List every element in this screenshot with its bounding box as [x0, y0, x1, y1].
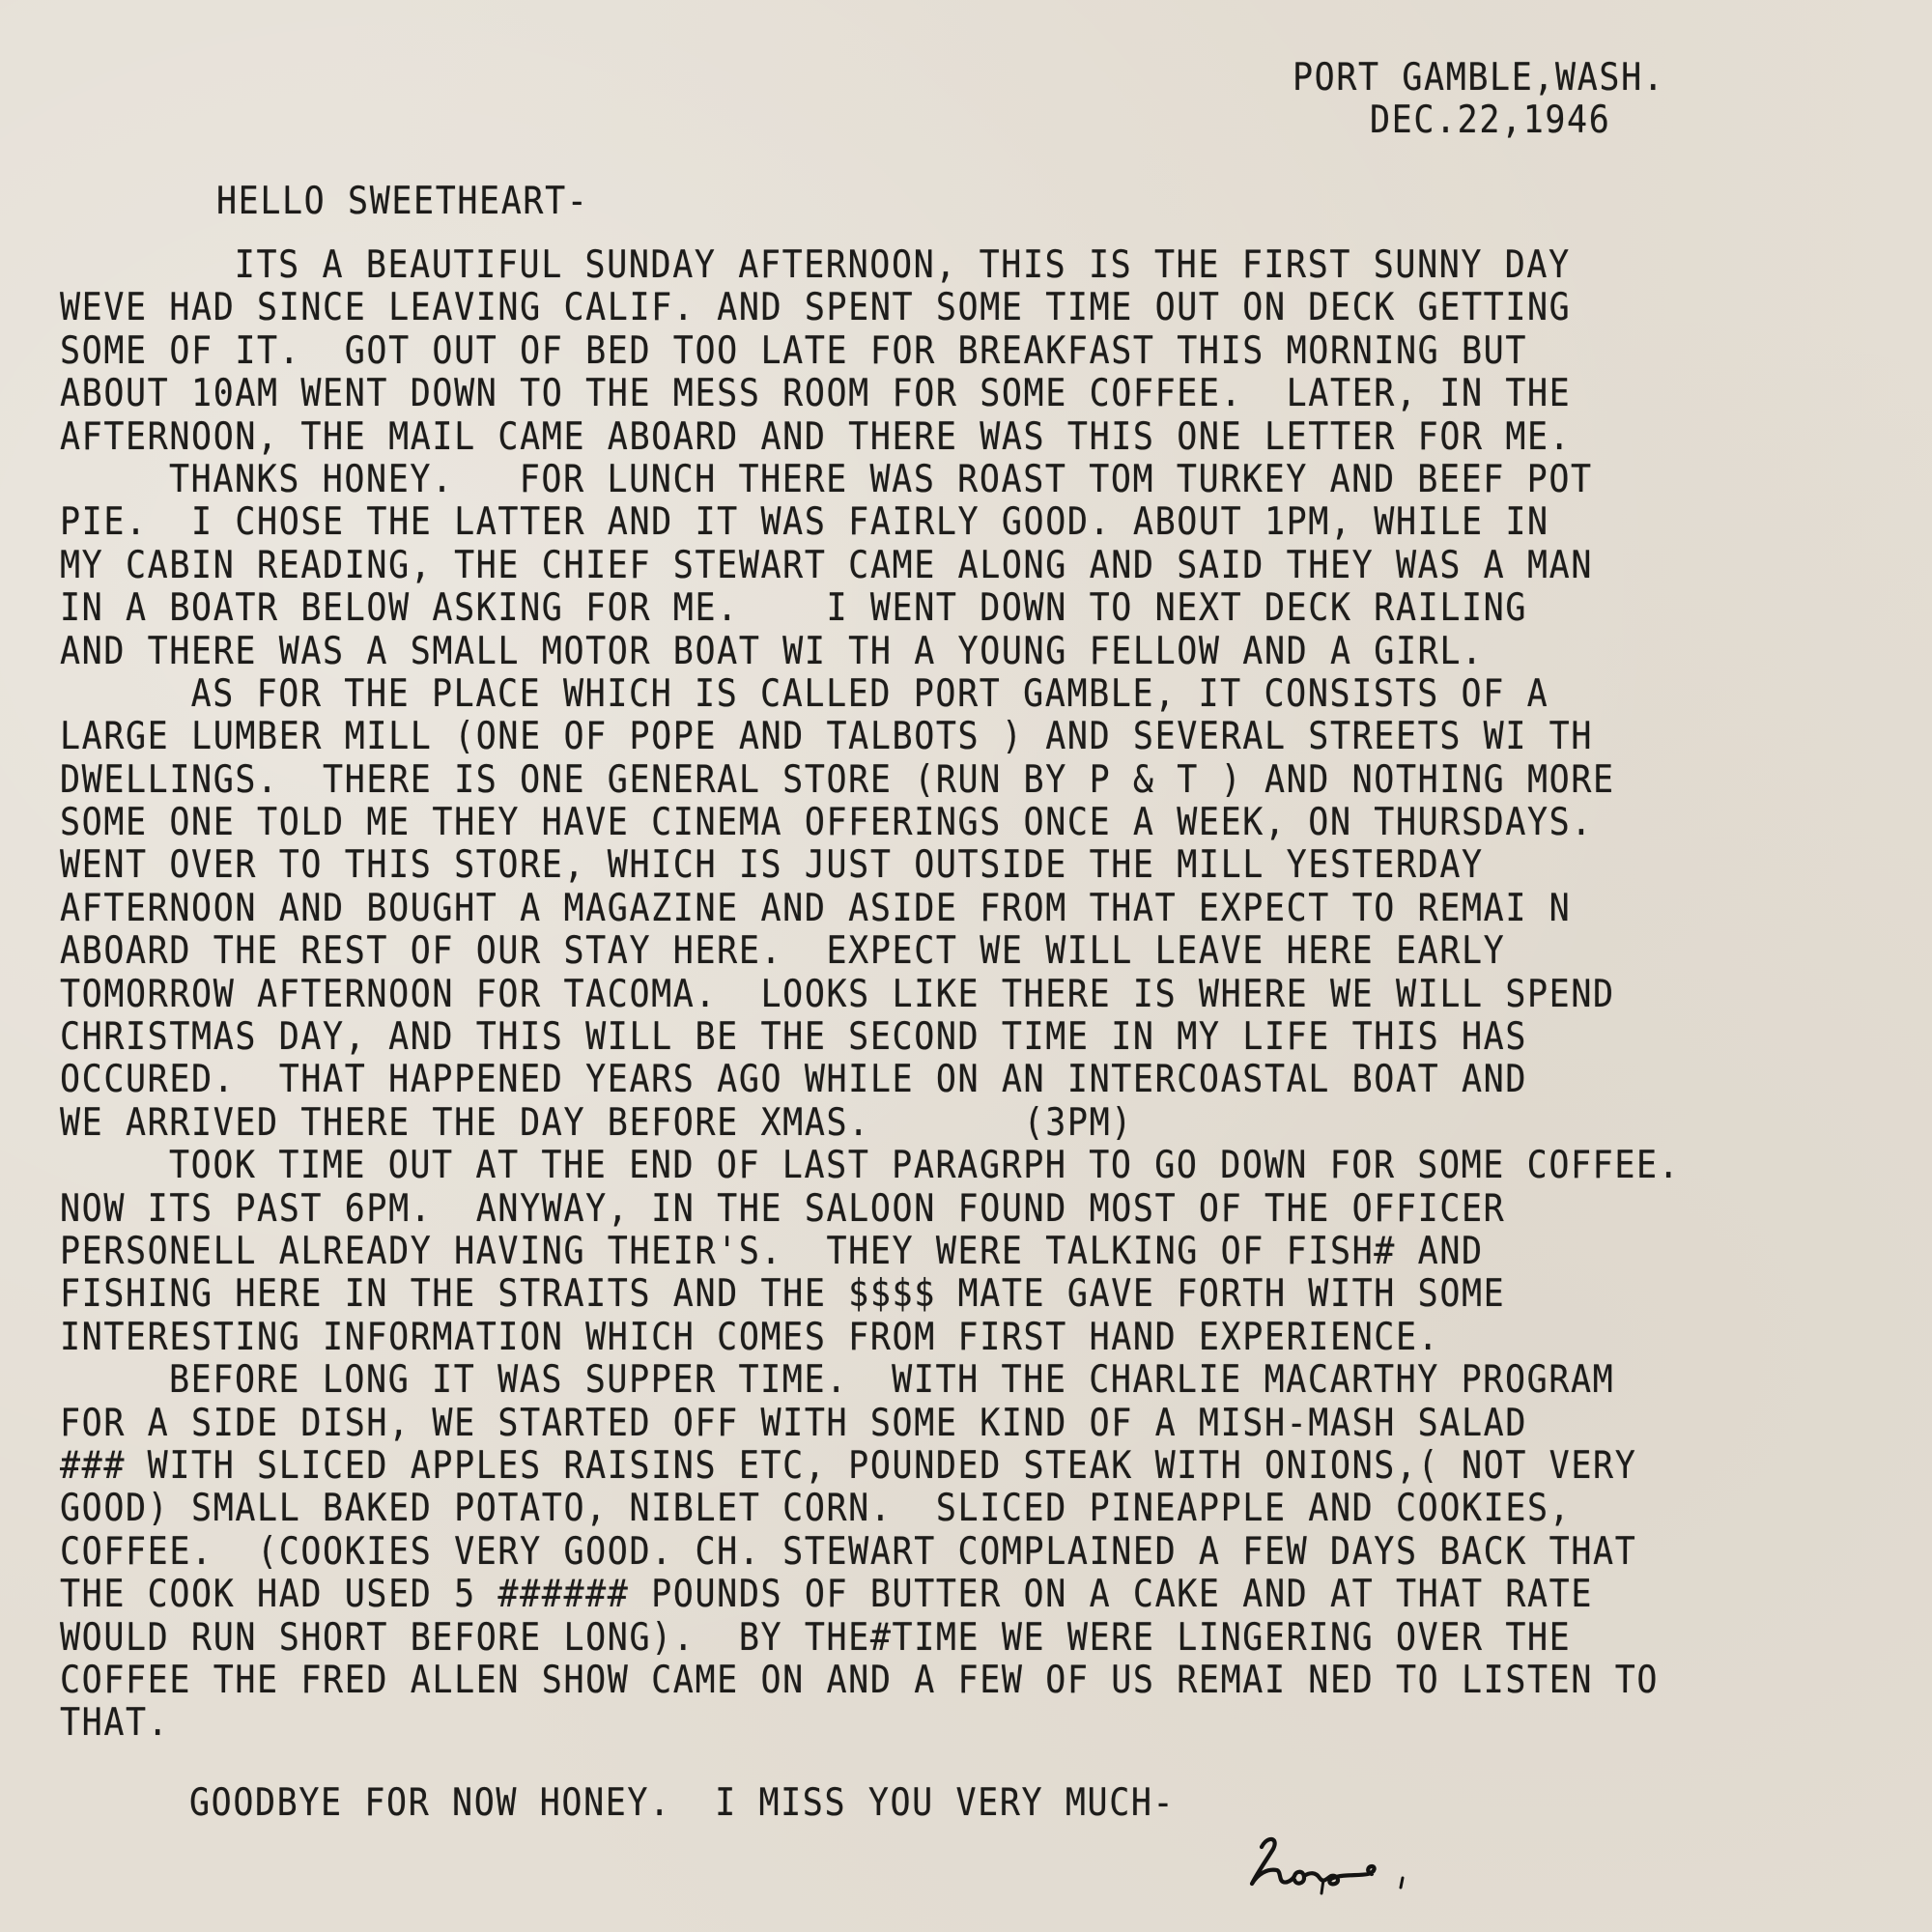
letter-line-text: WEVE HAD SINCE LEAVING CALIF. AND SPENT … — [60, 284, 1571, 331]
letter-line-text: SOME ONE TOLD ME THEY HAVE CINEMA OFFERI… — [60, 799, 1593, 846]
letter-line-text: BEFORE LONG IT WAS SUPPER TIME. WITH THE… — [169, 1356, 1614, 1404]
letter-line-text: LARGE LUMBER MILL (ONE OF POPE AND TALBO… — [60, 713, 1593, 760]
letter-line-text: INTERESTING INFORMATION WHICH COMES FROM… — [60, 1314, 1439, 1361]
letter-line-text: THANKS HONEY. FOR LUNCH THERE WAS ROAST … — [169, 456, 1593, 503]
letter-line-text: TOMORROW AFTERNOON FOR TACOMA. LOOKS LIK… — [60, 971, 1615, 1018]
letter-line-text: AND THERE WAS A SMALL MOTOR BOAT WI TH A… — [60, 628, 1484, 675]
letter-line-text: ITS A BEAUTIFUL SUNDAY AFTERNOON, THIS I… — [235, 241, 1571, 289]
letter-line-text: DWELLINGS. THERE IS ONE GENERAL STORE (R… — [60, 756, 1615, 804]
letter-line-text: IN A BOATR BELOW ASKING FOR ME. I WENT D… — [60, 584, 1527, 632]
letter-line-text: COFFEE. (COOKIES VERY GOOD. CH. STEWART … — [60, 1528, 1636, 1576]
letter-line-text: TOOK TIME OUT AT THE END OF LAST PARAGRP… — [169, 1142, 1680, 1189]
letter-line-text: MY CABIN READING, THE CHIEF STEWART CAME… — [60, 542, 1593, 589]
letter-line-text: NOW ITS PAST 6PM. ANYWAY, IN THE SALOON … — [60, 1185, 1505, 1233]
letter-closing: GOODBYE FOR NOW HONEY. I MISS YOU VERY M… — [189, 1779, 1175, 1827]
letter-line-text: FOR A SIDE DISH, WE STARTED OFF WITH SOM… — [60, 1400, 1527, 1447]
letter-heading-date: DEC.22,1946 — [1370, 97, 1610, 144]
letter-salutation: HELLO SWEETHEART- — [216, 178, 588, 225]
letter-line-text: PERSONELL ALREADY HAVING THEIR'S. THEY W… — [60, 1228, 1484, 1275]
letter-line-text: THE COOK HAD USED 5 ###### POUNDS OF BUT… — [60, 1571, 1593, 1618]
letter-line-text: ABOUT 10AM WENT DOWN TO THE MESS ROOM FO… — [60, 370, 1571, 417]
letter-line-text: ### WITH SLICED APPLES RAISINS ETC, POUN… — [60, 1442, 1636, 1490]
letter-line-text: CHRISTMAS DAY, AND THIS WILL BE THE SECO… — [60, 1013, 1527, 1061]
letter-line-text: GOOD) SMALL BAKED POTATO, NIBLET CORN. S… — [60, 1485, 1571, 1532]
letter-line-text: PIE. I CHOSE THE LATTER AND IT WAS FAIRL… — [60, 498, 1549, 546]
letter-heading-place: PORT GAMBLE,WASH. — [1293, 54, 1664, 101]
letter-page: PORT GAMBLE,WASH. DEC.22,1946 HELLO SWEE… — [0, 0, 1932, 1932]
letter-line-text: WE ARRIVED THERE THE DAY BEFORE XMAS. (3… — [60, 1099, 1133, 1147]
letter-line-text: AFTERNOON AND BOUGHT A MAGAZINE AND ASID… — [60, 885, 1571, 932]
letter-line-text: AS FOR THE PLACE WHICH IS CALLED PORT GA… — [191, 670, 1549, 718]
letter-line-text: SOME OF IT. GOT OUT OF BED TOO LATE FOR … — [60, 327, 1527, 375]
letter-line-text: AFTERNOON, THE MAIL CAME ABOARD AND THER… — [60, 413, 1571, 461]
letter-line-text: OCCURED. THAT HAPPENED YEARS AGO WHILE O… — [60, 1056, 1527, 1103]
letter-line-text: THAT. — [60, 1699, 169, 1747]
letter-line-text: WOULD RUN SHORT BEFORE LONG). BY THE#TIM… — [60, 1614, 1571, 1662]
letter-line-text: WENT OVER TO THIS STORE, WHICH IS JUST O… — [60, 841, 1484, 889]
handwritten-signature-love: Love, — [1223, 1826, 1416, 1903]
letter-line-text: COFFEE THE FRED ALLEN SHOW CAME ON AND A… — [60, 1657, 1659, 1704]
letter-line-text: FISHING HERE IN THE STRAITS AND THE $$$$… — [60, 1270, 1505, 1318]
letter-line-text: ABOARD THE REST OF OUR STAY HERE. EXPECT… — [60, 927, 1505, 975]
